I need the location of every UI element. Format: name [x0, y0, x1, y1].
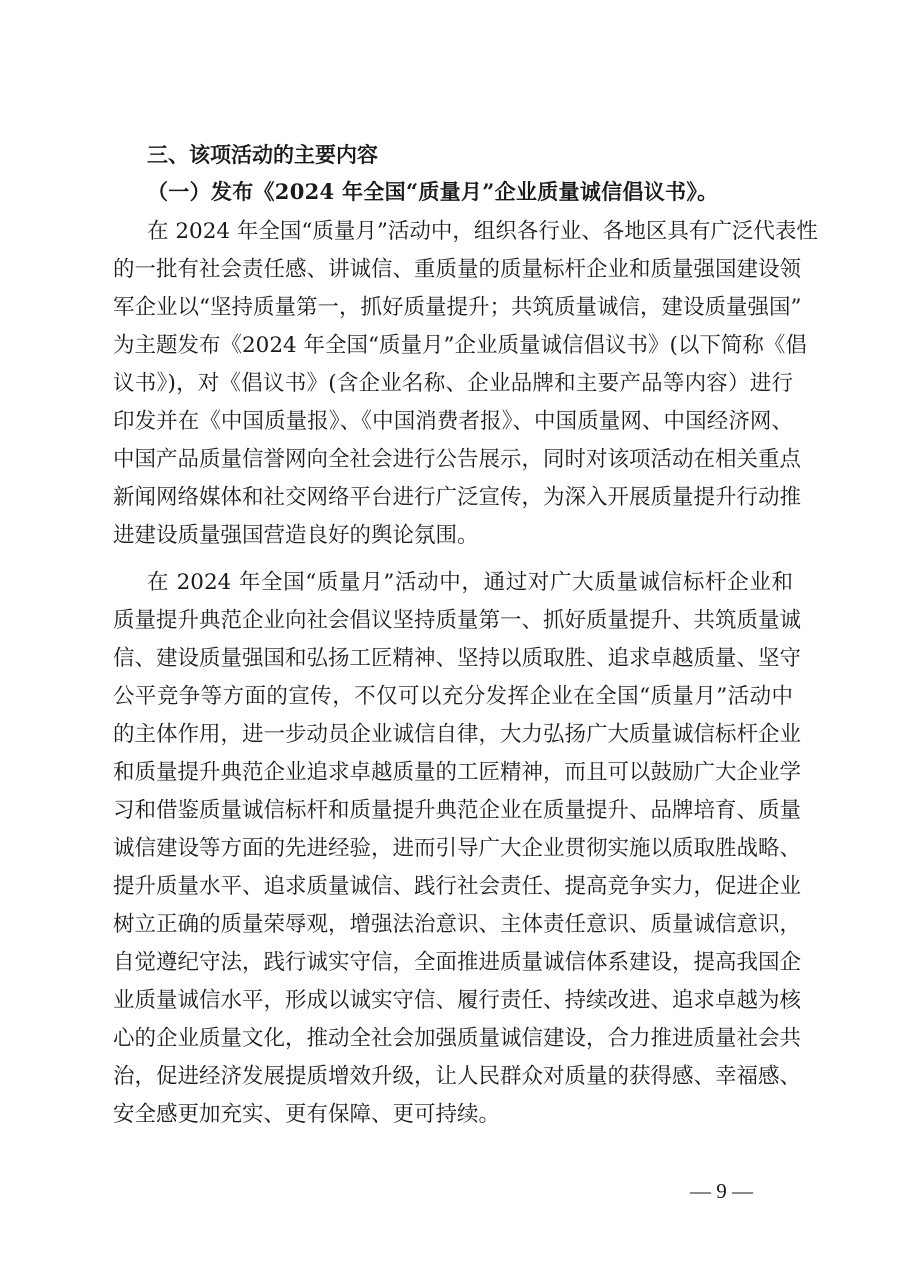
section-heading: 三、该项活动的主要内容 [147, 140, 378, 170]
paragraph-line: 的一批有社会责任感、讲诚信、重质量的质量标杆企业和质量强国建设领 [113, 255, 793, 285]
paragraph-line: 进建设质量强国营造良好的舆论氛围。 [113, 521, 793, 551]
subsection-heading: （一）发布《2024 年全国“质量月”企业质量诚信倡议书》。 [147, 177, 718, 207]
paragraph-line: 军企业以“坚持质量第一，抓好质量提升；共筑质量诚信，建设质量强国” [113, 293, 793, 323]
paragraph-line: 议书》)，对《倡议书》(含企业名称、企业品牌和主要产品等内容）进行 [113, 369, 793, 399]
paragraph-line: 树立正确的质量荣辱观，增强法治意识、主体责任意识、质量诚信意识， [113, 910, 793, 940]
paragraph-line: 在 2024 年全国“质量月”活动中，组织各行业、各地区具有广泛代表性 [147, 217, 793, 247]
paragraph-line: 安全感更加充实、更有保障、更可持续。 [113, 1100, 793, 1130]
paragraph-line: 诚信建设等方面的先进经验，进而引导广大企业贯彻实施以质取胜战略、 [113, 834, 793, 864]
paragraph-line: 信、建设质量强国和弘扬工匠精神、坚持以质取胜、追求卓越质量、坚守 [113, 644, 793, 674]
paragraph-line: 在 2024 年全国“质量月”活动中，通过对广大质量诚信标杆企业和 [147, 568, 793, 598]
paragraph-line: 新闻网络媒体和社交网络平台进行广泛宣传，为深入开展质量提升行动推 [113, 483, 793, 513]
paragraph-line: 中国产品质量信誉网向全社会进行公告展示，同时对该项活动在相关重点 [113, 445, 793, 475]
paragraph-line: 心的企业质量文化，推动全社会加强质量诚信建设，合力推进质量社会共 [113, 1024, 793, 1054]
document-page: 三、该项活动的主要内容 （一）发布《2024 年全国“质量月”企业质量诚信倡议书… [0, 0, 900, 1273]
page-number: — 9 — [690, 1176, 753, 1206]
paragraph-line: 和质量提升典范企业追求卓越质量的工匠精神，而且可以鼓励广大企业学 [113, 758, 793, 788]
paragraph-line: 治，促进经济发展提质增效升级，让人民群众对质量的获得感、幸福感、 [113, 1062, 793, 1092]
paragraph-line: 业质量诚信水平，形成以诚实守信、履行责任、持续改进、追求卓越为核 [113, 986, 793, 1016]
paragraph-line: 为主题发布《2024 年全国“质量月”企业质量诚信倡议书》(以下简称《倡 [113, 331, 793, 361]
paragraph-line: 质量提升典范企业向社会倡议坚持质量第一、抓好质量提升、共筑质量诚 [113, 606, 793, 636]
paragraph-line: 的主体作用，进一步动员企业诚信自律，大力弘扬广大质量诚信标杆企业 [113, 720, 793, 750]
paragraph-line: 提升质量水平、追求质量诚信、践行社会责任、提高竞争实力，促进企业 [113, 872, 793, 902]
paragraph-line: 印发并在《中国质量报》、《中国消费者报》、中国质量网、中国经济网、 [113, 407, 793, 437]
paragraph-line: 自觉遵纪守法，践行诚实守信，全面推进质量诚信体系建设，提高我国企 [113, 948, 793, 978]
paragraph-line: 公平竞争等方面的宣传，不仅可以充分发挥企业在全国“质量月”活动中 [113, 682, 793, 712]
paragraph-line: 习和借鉴质量诚信标杆和质量提升典范企业在质量提升、品牌培育、质量 [113, 796, 793, 826]
